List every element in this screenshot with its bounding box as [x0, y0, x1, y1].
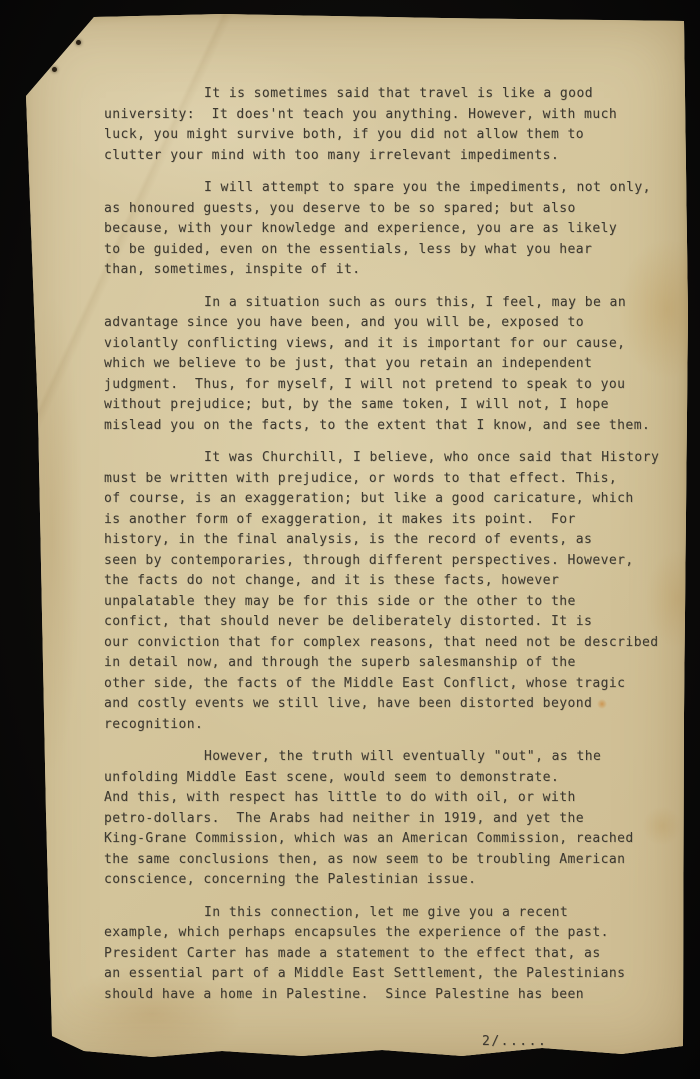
text-line: our conviction that for complex reasons,… — [104, 633, 676, 654]
text-line: than, sometimes, inspite of it. — [104, 260, 676, 281]
text-line: university: It does'nt teach you anythin… — [104, 105, 676, 126]
paragraph: However, the truth will eventually "out"… — [104, 747, 676, 891]
text-line: the same conclusions then, as now seem t… — [104, 850, 676, 871]
paragraph: In this connection, let me give you a re… — [104, 903, 676, 1006]
text-line: history, in the final analysis, is the r… — [104, 530, 676, 551]
text-line: as honoured guests, you deserve to be so… — [104, 199, 676, 220]
text-line: In this connection, let me give you a re… — [104, 903, 676, 924]
text-line: to be guided, even on the essentials, le… — [104, 240, 676, 261]
text-line: and costly events we still live, have be… — [104, 694, 676, 715]
text-line: which we believe to be just, that you re… — [104, 354, 676, 375]
text-line: of course, is an exaggeration; but like … — [104, 489, 676, 510]
text-line: It was Churchill, I believe, who once sa… — [104, 448, 676, 469]
text-line: And this, with respect has little to do … — [104, 788, 676, 809]
text-line: King-Grane Commission, which was an Amer… — [104, 829, 676, 850]
text-line: However, the truth will eventually "out"… — [104, 747, 676, 768]
text-line: I will attempt to spare you the impedime… — [104, 178, 676, 199]
text-line: other side, the facts of the Middle East… — [104, 674, 676, 695]
paragraph: In a situation such as ours this, I feel… — [104, 293, 676, 437]
text-line: unfolding Middle East scene, would seem … — [104, 768, 676, 789]
text-line: President Carter has made a statement to… — [104, 944, 676, 965]
text-line: in detail now, and through the superb sa… — [104, 653, 676, 674]
text-line: example, which perhaps encapsules the ex… — [104, 923, 676, 944]
paragraph: It is sometimes said that travel is like… — [104, 84, 676, 166]
text-line: mislead you on the facts, to the extent … — [104, 416, 676, 437]
text-line: In a situation such as ours this, I feel… — [104, 293, 676, 314]
text-line: must be written with prejudice, or words… — [104, 469, 676, 490]
scan-background: It is sometimes said that travel is like… — [0, 0, 700, 1079]
paragraph: I will attempt to spare you the impedime… — [104, 178, 676, 281]
text-line: clutter your mind with too many irreleva… — [104, 146, 676, 167]
text-line: It is sometimes said that travel is like… — [104, 84, 676, 105]
text-line: confict, that should never be deliberate… — [104, 612, 676, 633]
text-line: unpalatable they may be for this side or… — [104, 592, 676, 613]
document-text: It is sometimes said that travel is like… — [22, 14, 688, 1005]
text-line: petro-dollars. The Arabs had neither in … — [104, 809, 676, 830]
text-line: recognition. — [104, 715, 676, 736]
paragraph: It was Churchill, I believe, who once sa… — [104, 448, 676, 735]
text-line: because, with your knowledge and experie… — [104, 219, 676, 240]
text-line: judgment. Thus, for myself, I will not p… — [104, 375, 676, 396]
text-line: is another form of exaggeration, it make… — [104, 510, 676, 531]
document-page: It is sometimes said that travel is like… — [22, 14, 688, 1060]
text-line: advantage since you have been, and you w… — [104, 313, 676, 334]
text-line: without prejudice; but, by the same toke… — [104, 395, 676, 416]
text-line: luck, you might survive both, if you did… — [104, 125, 676, 146]
text-line: an essential part of a Middle East Settl… — [104, 964, 676, 985]
text-line: the facts do not change, and it is these… — [104, 571, 676, 592]
text-line: violantly conflicting views, and it is i… — [104, 334, 676, 355]
text-line: should have a home in Palestine. Since P… — [104, 985, 676, 1006]
text-line: conscience, concerning the Palestinian i… — [104, 870, 676, 891]
page-continuation-marker: 2/..... — [482, 1034, 547, 1049]
text-line: seen by contemporaries, through differen… — [104, 551, 676, 572]
